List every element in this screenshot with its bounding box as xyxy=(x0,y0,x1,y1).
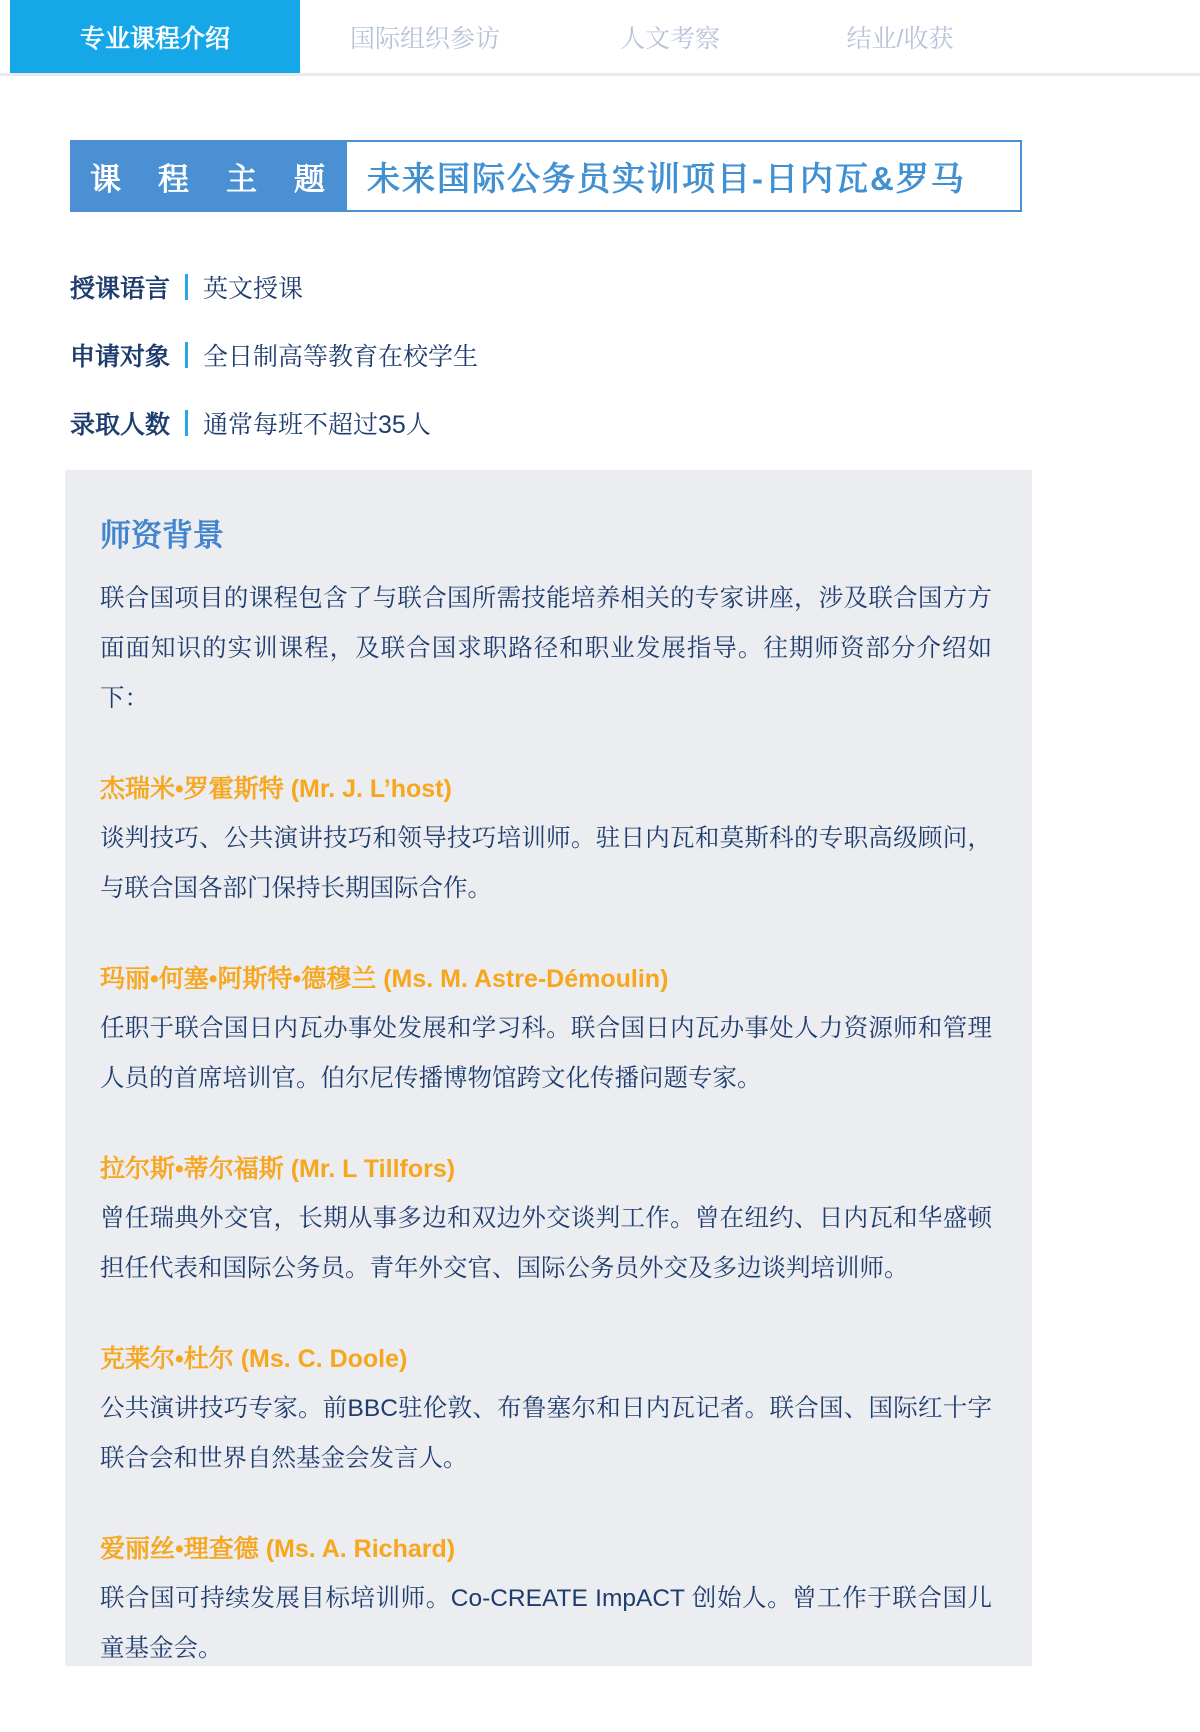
instructor-entry: 拉尔斯•蒂尔福斯 (Mr. L Tillfors) 曾任瑞典外交官，长期从事多边… xyxy=(100,1144,992,1294)
course-topic-header: 课程主题 未来国际公务员实训项目-日内瓦&罗马 xyxy=(70,140,1022,212)
instructor-name: 克莱尔•杜尔 (Ms. C. Doole) xyxy=(100,1334,992,1384)
instructor-description: 任职于联合国日内瓦办事处发展和学习科。联合国日内瓦办事处人力资源师和管理人员的首… xyxy=(100,1004,992,1104)
instructor-description: 公共演讲技巧专家。前BBC驻伦敦、布鲁塞尔和日内瓦记者。联合国、国际红十字联合会… xyxy=(100,1384,992,1484)
course-title-box: 未来国际公务员实训项目-日内瓦&罗马 xyxy=(345,140,1022,212)
nav-tab-1[interactable]: 国际组织参访 xyxy=(330,0,520,73)
nav-tab-label: 人文考察 xyxy=(620,19,720,55)
info-value: 通常每班不超过35人 xyxy=(203,405,431,441)
instructor-description: 曾任瑞典外交官，长期从事多边和双边外交谈判工作。曾在纽约、日内瓦和华盛顿担任代表… xyxy=(100,1194,992,1294)
course-topic-label: 课程主题 xyxy=(70,154,345,199)
info-label: 申请对象 xyxy=(70,337,170,373)
course-topic-label-box: 课程主题 xyxy=(70,140,345,212)
nav-tab-label: 国际组织参访 xyxy=(350,19,500,55)
instructor-name: 杰瑞米•罗霍斯特 (Mr. J. L’host) xyxy=(100,764,992,814)
separator-bar xyxy=(185,342,188,368)
instructor-entry: 爱丽丝•理查德 (Ms. A. Richard) 联合国可持续发展目标培训师。C… xyxy=(100,1524,992,1674)
course-title: 未来国际公务员实训项目-日内瓦&罗马 xyxy=(367,153,966,200)
faculty-intro: 联合国项目的课程包含了与联合国所需技能培养相关的专家讲座，涉及联合国方方面面知识… xyxy=(100,574,992,724)
separator-bar xyxy=(185,410,188,436)
instructor-description: 联合国可持续发展目标培训师。Co-CREATE ImpACT 创始人。曾工作于联… xyxy=(100,1574,992,1674)
info-row: 录取人数 通常每班不超过35人 xyxy=(70,406,478,440)
separator-bar xyxy=(185,274,188,300)
nav-tab-label: 结业/收获 xyxy=(847,19,954,55)
instructor-name: 拉尔斯•蒂尔福斯 (Mr. L Tillfors) xyxy=(100,1144,992,1194)
instructor-name: 爱丽丝•理查德 (Ms. A. Richard) xyxy=(100,1524,992,1574)
info-value: 英文授课 xyxy=(203,269,303,305)
instructor-list: 杰瑞米•罗霍斯特 (Mr. J. L’host) 谈判技巧、公共演讲技巧和领导技… xyxy=(100,764,992,1674)
info-label: 录取人数 xyxy=(70,405,170,441)
info-row: 授课语言 英文授课 xyxy=(70,270,478,304)
top-nav: 专业课程介绍 国际组织参访 人文考察 结业/收获 xyxy=(0,0,1200,76)
instructor-entry: 玛丽•何塞•阿斯特•德穆兰 (Ms. M. Astre-Démoulin) 任职… xyxy=(100,954,992,1104)
nav-tab-0[interactable]: 专业课程介绍 xyxy=(10,0,300,73)
info-label: 授课语言 xyxy=(70,269,170,305)
nav-tab-3[interactable]: 结业/收获 xyxy=(810,0,990,73)
instructor-description: 谈判技巧、公共演讲技巧和领导技巧培训师。驻日内瓦和莫斯科的专职高级顾问，与联合国… xyxy=(100,814,992,914)
faculty-panel: 师资背景 联合国项目的课程包含了与联合国所需技能培养相关的专家讲座，涉及联合国方… xyxy=(65,470,1032,1666)
info-row: 申请对象 全日制高等教育在校学生 xyxy=(70,338,478,372)
instructor-name: 玛丽•何塞•阿斯特•德穆兰 (Ms. M. Astre-Démoulin) xyxy=(100,954,992,1004)
instructor-entry: 杰瑞米•罗霍斯特 (Mr. J. L’host) 谈判技巧、公共演讲技巧和领导技… xyxy=(100,764,992,914)
instructor-entry: 克莱尔•杜尔 (Ms. C. Doole) 公共演讲技巧专家。前BBC驻伦敦、布… xyxy=(100,1334,992,1484)
faculty-heading: 师资背景 xyxy=(100,516,992,556)
info-value: 全日制高等教育在校学生 xyxy=(203,337,478,373)
nav-tab-2[interactable]: 人文考察 xyxy=(580,0,760,73)
nav-tab-label: 专业课程介绍 xyxy=(80,19,230,55)
course-info-list: 授课语言 英文授课 申请对象 全日制高等教育在校学生 录取人数 通常每班不超过3… xyxy=(70,270,478,474)
